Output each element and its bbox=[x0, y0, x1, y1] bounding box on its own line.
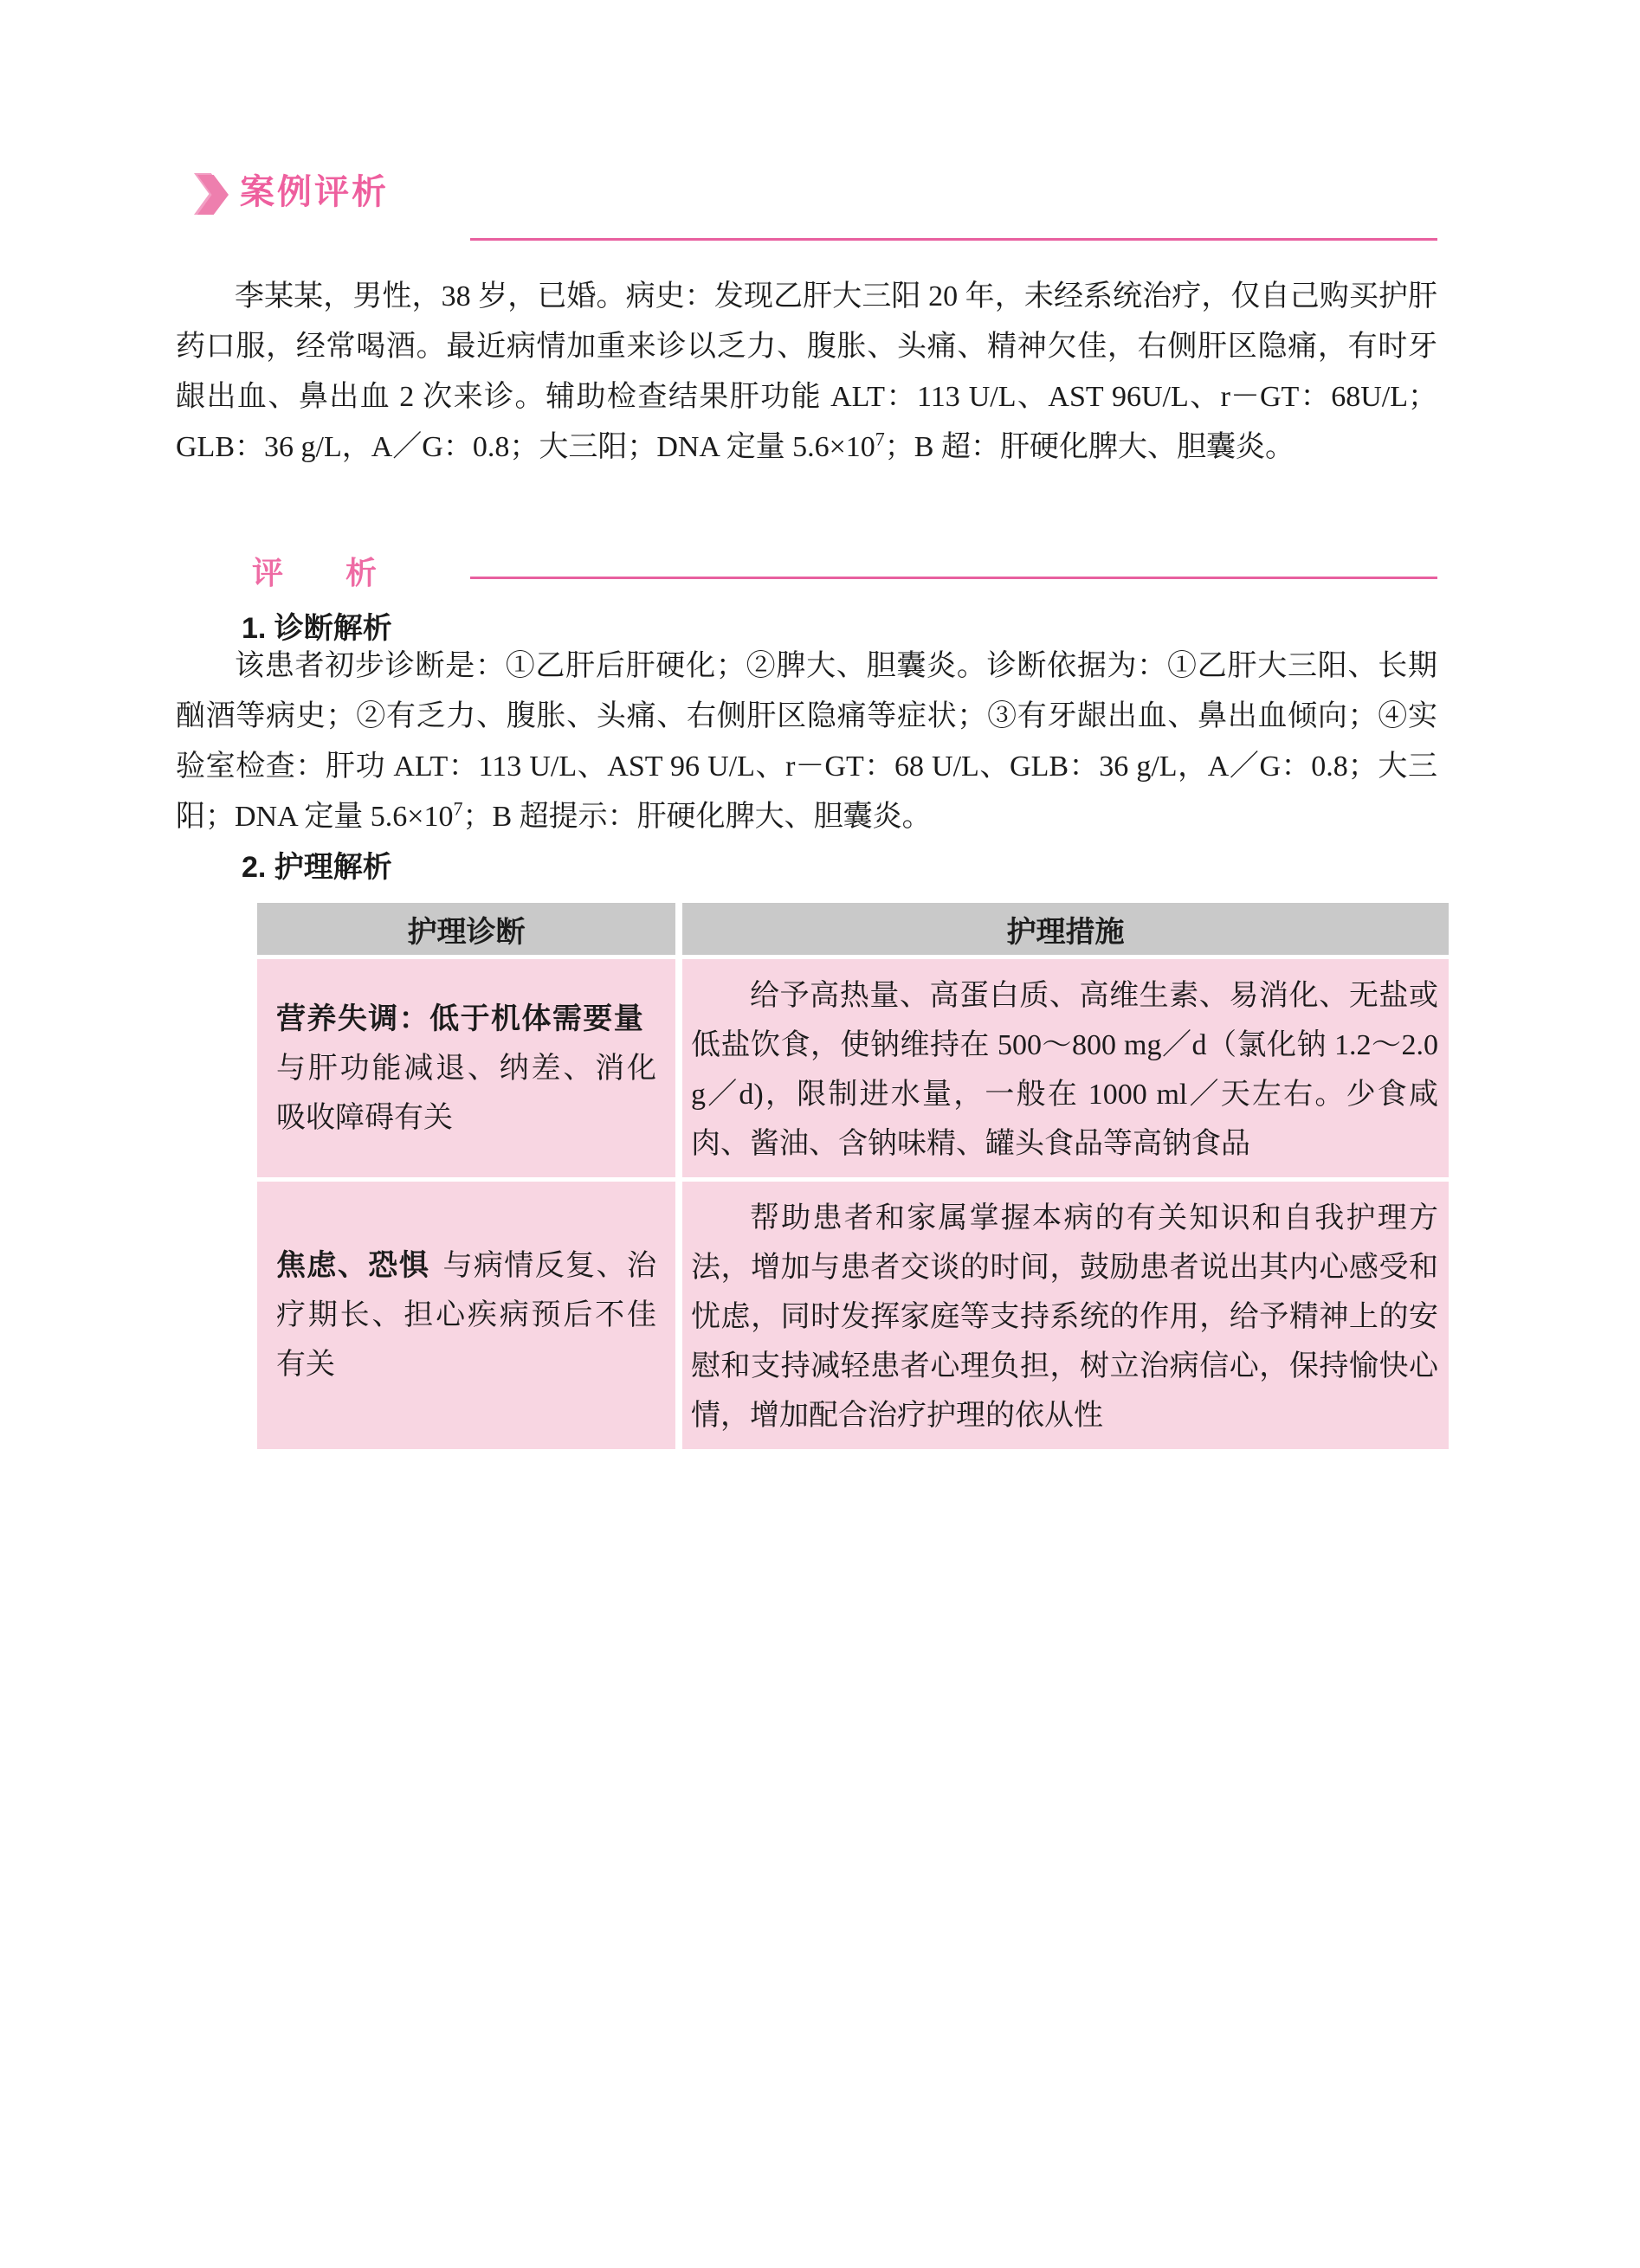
table-row2-diagnosis-cell: 焦虑、恐惧与病情反复、治疗期长、担心疾病预后不佳有关 bbox=[257, 1182, 675, 1449]
nursing-table: 护理诊断 护理措施 营养失调：低于机体需要量与肝功能减退、纳差、消化吸收障碍有关… bbox=[257, 903, 1449, 1449]
chevron-right-icon bbox=[197, 175, 229, 215]
section-divider-line bbox=[470, 577, 1437, 579]
diagnosis-entry: 营养失调：低于机体需要量与肝功能减退、纳差、消化吸收障碍有关 bbox=[276, 995, 656, 1143]
diagnosis-term: 焦虑、恐惧 bbox=[276, 1249, 429, 1282]
page-title: 案例评析 bbox=[240, 170, 389, 215]
diagnosis-exponent: 7 bbox=[453, 798, 462, 820]
diagnosis-analysis-heading: 1. 诊断解析 bbox=[242, 611, 392, 646]
case-description-paragraph: 李某某，男性，38 岁，已婚。病史：发现乙肝大三阳 20 年，未经系统治疗，仅自… bbox=[176, 272, 1437, 473]
table-row1-measures-cell: 给予高热量、高蛋白质、高维生素、易消化、无盐或低盐饮食，使钠维持在 500～80… bbox=[682, 959, 1449, 1177]
case-exponent: 7 bbox=[875, 428, 885, 450]
table-header-measures: 护理措施 bbox=[682, 903, 1449, 955]
diagnosis-related-factors: 与肝功能减退、纳差、消化吸收障碍有关 bbox=[276, 1053, 656, 1134]
diagnosis-analysis-paragraph: 该患者初步诊断是：①乙肝后肝硬化；②脾大、胆囊炎。诊断依据为：①乙肝大三阳、长期… bbox=[176, 641, 1437, 842]
diagnosis-text-end: ；B 超提示：肝硬化脾大、胆囊炎。 bbox=[462, 801, 931, 833]
case-text-end: ；B 超：肝硬化脾大、胆囊炎。 bbox=[885, 431, 1295, 463]
title-divider-line bbox=[470, 238, 1437, 241]
nursing-analysis-heading: 2. 护理解析 bbox=[242, 850, 392, 885]
table-header-diagnosis: 护理诊断 bbox=[257, 903, 675, 955]
table-row1-diagnosis-cell: 营养失调：低于机体需要量与肝功能减退、纳差、消化吸收障碍有关 bbox=[257, 959, 675, 1177]
diagnosis-entry: 焦虑、恐惧与病情反复、治疗期长、担心疾病预后不佳有关 bbox=[276, 1241, 656, 1389]
section-title-analysis: 评 析 bbox=[252, 556, 377, 590]
table-row2-measures-cell: 帮助患者和家属掌握本病的有关知识和自我护理方法，增加与患者交谈的时间，鼓励患者说… bbox=[682, 1182, 1449, 1449]
diagnosis-term: 营养失调：低于机体需要量 bbox=[276, 1002, 643, 1035]
textbook-page: { "header": { "title": "案例评析" }, "case":… bbox=[0, 0, 1640, 2268]
